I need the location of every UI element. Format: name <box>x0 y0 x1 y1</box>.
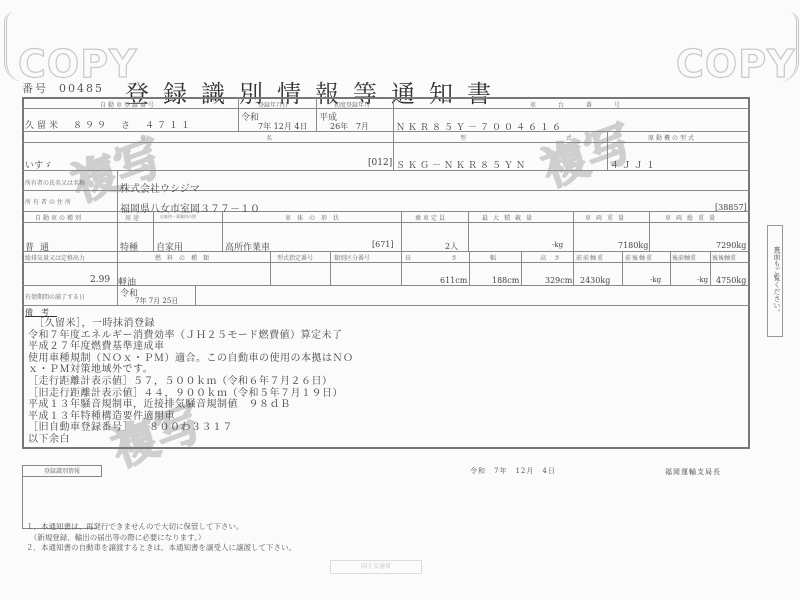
private-commercial: 自家用 <box>156 240 183 253</box>
remark-line: 以下余白 <box>28 434 354 446</box>
model: ＳＫＧ－ＮＫＲ８５ＹＮ <box>396 158 528 171</box>
engine-model: ４ＪＪ１ <box>610 158 658 171</box>
label-displacement: 総排気量又は定格出力 <box>25 253 85 262</box>
issue-date: 令和 7年 12月 4日 <box>470 466 556 476</box>
label-category-number: 類別区分番号 <box>334 253 370 262</box>
document-number-label: 番号 <box>22 82 48 95</box>
vin: ＮＫＲ８５Ｙ－７００４６１６ <box>396 120 564 133</box>
remarks-list: ［久留米］，一時抹消登録 令和７年度エネルギー消費効率（ＪＨ２５モード燃費値）算… <box>28 318 354 446</box>
body-code: [671] <box>372 240 394 249</box>
registration-status-label: 登録識別情報 <box>22 465 102 477</box>
label-vehicle-weight: 車両重量 <box>585 213 629 222</box>
label-remarks: 備考 <box>25 307 57 318</box>
label-type-designation: 型式指定番号 <box>277 253 313 262</box>
ministry-stamp: 国土交通省 <box>330 560 422 574</box>
vehicle-type: 普通 <box>25 240 55 253</box>
first-registration-date: 26年 7月 <box>330 121 369 132</box>
remark-line: 平成２７年度燃費基準達成車 <box>28 341 354 353</box>
remark-line: ［久留米］，一時抹消登録 <box>28 318 354 330</box>
remark-line: 使用車種規制（ＮＯｘ・ＰＭ）適合。この自動車の使用の本拠はＮＯ <box>28 353 354 365</box>
remark-line: 平成１３年騒音規制車，近接排気騒音規制値 ９８ｄＢ <box>28 399 354 411</box>
remark-line: ［走行距離計表示値］５７，５００ｋｍ（令和６年７月２６日） <box>28 376 354 388</box>
label-vehicle-type: 自動車の種別 <box>35 213 83 222</box>
body-shape: 高所作業車 <box>225 240 270 253</box>
label-length: 長さ <box>405 253 497 262</box>
rr-axle: 4750kg <box>716 276 746 285</box>
label-maker: 車名 <box>140 133 392 142</box>
label-fuel-type: 燃料の種類 <box>155 253 215 262</box>
note-line: ２．本通知書の自動車を譲渡するときは、本通知書を譲受人に譲渡して下さい。 <box>26 543 296 554</box>
expiry-date: 7年 7月 25日 <box>135 296 178 306</box>
label-body-shape: 車体の形状 <box>285 213 345 222</box>
label-height: 高さ <box>540 253 568 262</box>
remark-line: ｘ・ＰＭ対策地域外です。 <box>28 364 354 376</box>
registration-number: 久留米 ８９９ さ ４７１１ <box>25 118 193 131</box>
remark-line: 令和７年度エネルギー消費効率（ＪＨ２５モード燃費値）算定未了 <box>28 330 354 342</box>
document-number: 番号 00485 <box>22 80 104 96</box>
length: 611cm <box>440 276 467 285</box>
fr-axle: -kg <box>650 276 661 284</box>
note-line: （新規登録、輸出の届出等の際に必要になります。） <box>26 533 296 544</box>
registration-date-era: 令和 <box>241 110 259 123</box>
label-vin: 車台番号 <box>530 100 642 109</box>
note-line: １．本通知書は、再発行できませんので大切に保管して下さい。 <box>26 522 296 533</box>
label-rf-axle: 後前軸重 <box>672 253 696 262</box>
notes: １．本通知書は、再発行できませんので大切に保管して下さい。 （新規登録、輸出の届… <box>26 522 296 554</box>
ff-axle: 2430kg <box>580 276 610 285</box>
rf-axle: -kg <box>697 276 708 284</box>
document-number-value: 00485 <box>59 82 104 95</box>
label-expiry: 有効期間の満了する日 <box>25 292 85 301</box>
owner-name: 株式会社ウシジマ <box>120 180 200 195</box>
label-ff-axle: 前前軸重 <box>576 253 604 262</box>
label-model: 型式 <box>460 133 672 142</box>
label-first-registration: 初度登録年月 <box>334 100 370 109</box>
label-gross-weight: 車両総重量 <box>665 213 720 222</box>
remark-line: ［旧走行距離計表示値］４４，９００ｋｍ（令和５年７月１９日） <box>28 388 354 400</box>
vehicle-weight: 7180kg <box>618 241 648 250</box>
maker: いすゞ <box>25 158 52 171</box>
label-width: 幅 <box>490 253 498 262</box>
copy-watermark-right: COPY <box>676 42 796 86</box>
label-owner-name: 所有者の氏名又は名称 <box>25 178 85 187</box>
label-engine-model: 原動機の型式 <box>648 133 696 142</box>
registration-date: 7年 12月 4日 <box>258 121 307 132</box>
usage: 特種 <box>120 240 138 253</box>
label-max-load: 最大積載量 <box>482 213 537 222</box>
label-capacity: 乗車定員 <box>415 213 447 222</box>
label-fr-axle: 前後軸重 <box>625 253 653 262</box>
displacement: 2.99 <box>90 275 110 285</box>
label-registration-number: 自動車登録番号 <box>100 100 156 109</box>
remark-line: 平成１３年特種構造要件適用車 <box>28 411 354 423</box>
label-rr-axle: 後後軸重 <box>712 253 736 262</box>
gross-weight: 7290kg <box>716 241 746 250</box>
label-registration-date: 登録年月日 <box>258 100 288 109</box>
max-load: -kg <box>552 241 563 249</box>
label-usage: 用途 <box>125 213 141 222</box>
see-reverse-note: 裏面もご覧ください。 <box>767 225 783 337</box>
issuer: 福岡運輸支局長 <box>665 467 721 477</box>
height: 329cm <box>545 276 572 285</box>
model-code: [012] <box>368 158 392 168</box>
width: 188cm <box>492 276 519 285</box>
label-owner-address: 所有者の住所 <box>25 197 73 206</box>
remark-line: ［旧自動車登録番号］ ８００わ３３１７ <box>28 422 354 434</box>
capacity: 2人 <box>445 241 458 252</box>
address-code: [38857] <box>715 203 747 212</box>
label-private-commercial: 自家用・事業用の別 <box>160 214 196 220</box>
